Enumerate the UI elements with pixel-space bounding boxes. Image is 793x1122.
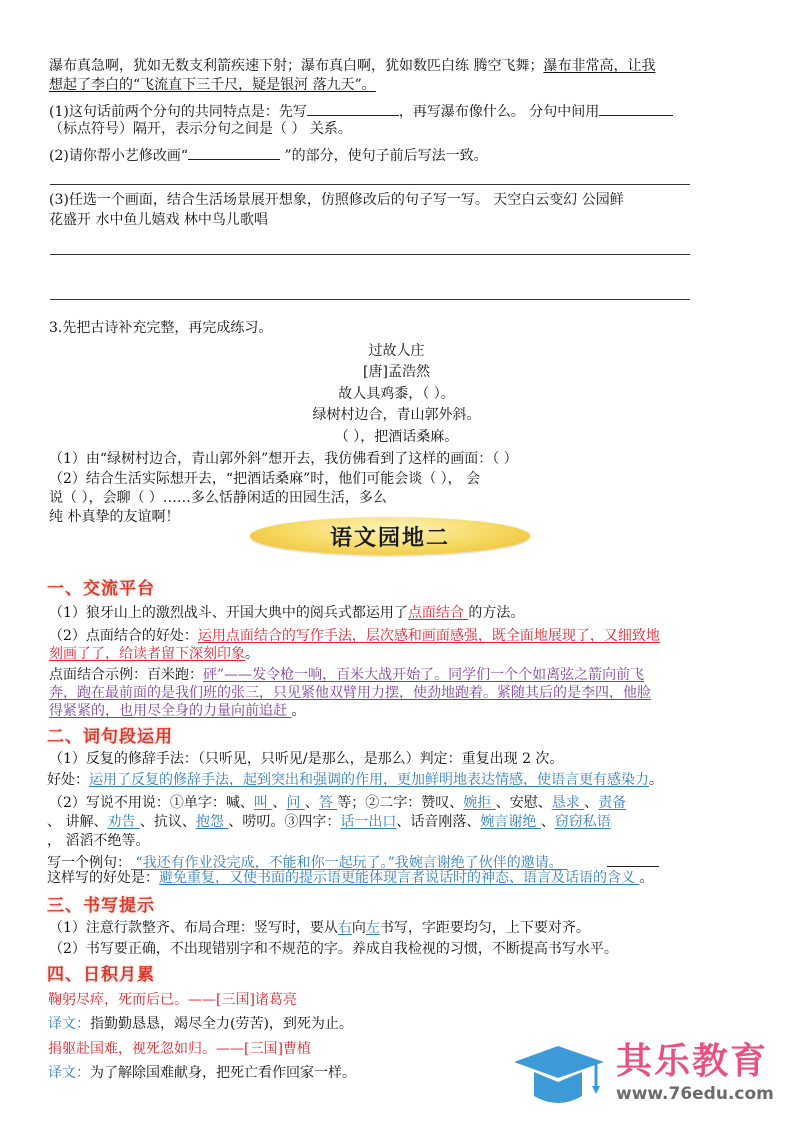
section-1-example-line-2: 奔，跑在最前面的是我们班的张三，只见紧他双臂用力摆，使劲地跑着。紧随其后的是李四… bbox=[49, 684, 651, 702]
translation-1: 译文：指勤勤恳恳，竭尽全力(劳苦)，到死为止。 bbox=[48, 1015, 353, 1033]
punctuation: 、 bbox=[305, 795, 319, 811]
answer-text: 恳求 bbox=[552, 795, 584, 811]
point-text: （1）狼牙山上的激烈战斗、开国大典中的阅兵式都运用了 bbox=[49, 605, 408, 621]
poem-line-2: 绿树村边合，青山郭外斜。 bbox=[0, 406, 793, 424]
poem-author: [唐]孟浩然 bbox=[0, 363, 793, 381]
point-text: （1）注意行款整齐、布局合理：竖写时，要从 bbox=[49, 920, 338, 936]
section-1-point-2-line-2: 刻画了了，给读者留下深刻印象。 bbox=[49, 645, 259, 663]
question-1-line-1: (1)这句话前两个分句的共同特点是：先写，再写瀑布像什么。 分句中间用 bbox=[49, 101, 673, 121]
section-1-point-1: （1）狼牙山上的激烈战斗、开国大典中的阅兵式都运用了点面结合 的方法。 bbox=[49, 604, 524, 622]
question-3-line-1: (3)任选一个画面，结合生活场景展开想象，仿照修改后的句子写一写。 天空白云变幻… bbox=[49, 191, 624, 209]
poem-question-2-line-3: 纯 朴真挚的友谊啊！ bbox=[49, 508, 179, 526]
point-text: 、安慰、 bbox=[496, 795, 552, 811]
question-1-line-2: （标点符号）隔开，表示分句之间是（ ） 关系。 bbox=[49, 120, 352, 138]
answer-text: 运用了反复的修辞手法，起到突出和强调的作用，更加鲜明地表达情感，使语言更有感染力 bbox=[89, 772, 649, 788]
watermark-logo: 其乐教育 www.76edu.com bbox=[512, 1042, 782, 1112]
punctuation: 。 bbox=[639, 870, 653, 886]
translation-text: 为了解除国难献身，把死亡看作回家一样。 bbox=[90, 1065, 356, 1081]
answer-line[interactable] bbox=[50, 299, 690, 300]
answer-text: 婉言谢绝 bbox=[480, 814, 540, 830]
punctuation: 。 bbox=[245, 646, 259, 662]
brand-name: 其乐教育 bbox=[616, 1042, 768, 1082]
point-text: 等；②二字：赞叹、 bbox=[337, 795, 463, 811]
section-2-point-1: （1）反复的修辞手法：（只听见，只听见/是那么，是那么）判定：重复出现 2 次。 bbox=[49, 750, 563, 768]
answer-text: 话一出口 bbox=[340, 814, 396, 830]
answer-text: 运用点面结合的写作手法，层次感和画面感强，既全面地展现了，又细致地 bbox=[198, 628, 660, 644]
section-3-point-1: （1）注意行款整齐、布局合理：竖写时，要从右向左书写，字距要均匀，上下要对齐。 bbox=[49, 919, 590, 937]
answer-blank[interactable] bbox=[607, 852, 659, 867]
section-2-why: 这样写的好处是：避免重复，又使书面的提示语更能体现言者说话时的神态、语言及话语的… bbox=[47, 869, 653, 887]
answer-text: 叫 bbox=[254, 795, 272, 811]
answer-text: 窃窃私语 bbox=[555, 814, 611, 830]
translation-text: 指勤勤恳恳，竭尽全力(劳苦)，到死为止。 bbox=[90, 1016, 353, 1032]
quote-1: 鞠躬尽瘁，死而后已。——[三国]诸葛亮 bbox=[48, 991, 297, 1009]
poem-question-1: （1）由“绿树村边合，青山郭外斜”想开去，我仿佛看到了这样的画面：（ ） bbox=[49, 450, 518, 468]
poem-line-1: 故人具鸡黍，（ ）。 bbox=[0, 385, 793, 403]
answer-text: 答 bbox=[319, 795, 337, 811]
section-2-benefit: 好处：运用了反复的修辞手法，起到突出和强调的作用，更加鲜明地表达情感，使语言更有… bbox=[47, 771, 663, 789]
section-1-example-line-3: 得紧紧的，也用尽全身的力量向前追赶 。 bbox=[49, 702, 305, 720]
poem-line-3: （ ），把酒话桑麻。 bbox=[0, 428, 793, 446]
banner-title: 语文园地二 bbox=[330, 521, 450, 552]
section-2-point-2-line-2: 、 讲解、劝告 、抗议、抱怨 、唠叨。③四字：话一出口、话音刚落、婉言谢绝 、窃… bbox=[47, 813, 611, 831]
answer-text: 右 bbox=[338, 920, 352, 936]
question-2: (2)请你帮小艺修改画“ ”的部分，使句子前后写法一致。 bbox=[49, 145, 488, 165]
question-text: (1)这句话前两个分句的共同特点是：先写 bbox=[49, 104, 307, 120]
poem-heading: 3.先把古诗补充完整，再完成练习。 bbox=[49, 319, 272, 337]
section-1-title: 一、交流平台 bbox=[47, 574, 155, 599]
answer-line[interactable] bbox=[50, 184, 690, 185]
section-1-point-2-line-1: （2）点面结合的好处：运用点面结合的写作手法，层次感和画面感强，既全面地展现了，… bbox=[49, 627, 660, 645]
section-2-point-2-line-3: ， 滔滔不绝等。 bbox=[47, 832, 149, 850]
translation-label: 译文： bbox=[48, 1016, 90, 1032]
answer-text: 劝告 bbox=[107, 814, 139, 830]
answer-text: 责备 bbox=[598, 795, 626, 811]
section-4-title: 四、日积月累 bbox=[47, 960, 155, 985]
quote-2: 捐躯赴国难，视死忽如归。——[三国]曹植 bbox=[48, 1040, 311, 1058]
question-text: ，再写瀑布像什么。 分句中间用 bbox=[399, 104, 599, 120]
point-text: 的方法。 bbox=[468, 605, 524, 621]
point-text: 书写，字距要均匀，上下要对齐。 bbox=[380, 920, 590, 936]
section-2-title: 二、词句段运用 bbox=[47, 722, 173, 747]
why-label: 这样写的好处是： bbox=[47, 870, 159, 886]
poem-question-2-line-1: （2）结合生活实际想开去，“把酒话桑麻”时，他们可能会谈（ ）， 会 bbox=[49, 470, 480, 488]
punctuation: 。 bbox=[291, 703, 305, 719]
section-2-point-2-line-1: （2）写说不用说：①单字：喊、叫 、问 、答 等；②二字：赞叹、婉拒 、安慰、恳… bbox=[49, 794, 626, 812]
benefit-label: 好处： bbox=[47, 772, 89, 788]
answer-text: 避免重复，又使书面的提示语更能体现言者说话时的神态、语言及话语的含义 bbox=[159, 870, 639, 886]
question-text: ”的部分，使句子前后写法一致。 bbox=[280, 148, 488, 164]
answer-text: 点面结合 bbox=[408, 605, 468, 621]
point-text: 、唠叨。③四字： bbox=[228, 814, 340, 830]
question-text: (2)请你帮小艺修改画“ bbox=[49, 148, 188, 164]
underlined-passage: 瀑布非常高，让我 bbox=[543, 58, 655, 74]
unit-banner: 语文园地二 bbox=[250, 517, 530, 555]
point-text: 、话音刚落、 bbox=[396, 814, 480, 830]
passage-text: 瀑布真急啊，犹如无数支利箭疾速下射；瀑布真白啊，犹如数匹白练 腾空飞舞； bbox=[49, 58, 543, 74]
punctuation: 。 bbox=[649, 772, 663, 788]
example-text: 得紧紧的，也用尽全身的力量向前追赶 bbox=[49, 703, 291, 719]
answer-text: 刻画了了，给读者留下深刻印象 bbox=[49, 646, 245, 662]
translation-label: 译文： bbox=[48, 1065, 90, 1081]
answer-text: 问 bbox=[286, 795, 304, 811]
point-text: 、 讲解、 bbox=[47, 814, 107, 830]
punctuation: 、 bbox=[541, 814, 555, 830]
section-1-example-line-1: 点面结合示例：百米跑：砰”——发令枪一响，百米大战开始了。同学们一个个如离弦之箭… bbox=[49, 666, 644, 684]
section-3-title: 三、书写提示 bbox=[47, 891, 155, 916]
point-text: 、抗议、 bbox=[140, 814, 196, 830]
point-text: 向 bbox=[352, 920, 366, 936]
answer-text: 抱怨 bbox=[196, 814, 228, 830]
brand-url: www.76edu.com bbox=[616, 1084, 774, 1104]
answer-blank[interactable] bbox=[599, 101, 673, 116]
example-label: 点面结合示例：百米跑： bbox=[49, 667, 203, 683]
example-text: 砰”——发令枪一响，百米大战开始了。同学们一个个如离弦之箭向前飞 bbox=[203, 667, 644, 683]
punctuation: 、 bbox=[584, 795, 598, 811]
passage-line-1: 瀑布真急啊，犹如无数支利箭疾速下射；瀑布真白啊，犹如数匹白练 腾空飞舞；瀑布非常… bbox=[49, 57, 655, 75]
answer-text: 婉拒 bbox=[463, 795, 495, 811]
point-label: （2）点面结合的好处： bbox=[49, 628, 198, 644]
answer-blank[interactable] bbox=[307, 101, 399, 116]
poem-question-2-line-2: 说（ ），会聊（ ）……多么恬静闲适的田园生活，多么 bbox=[49, 489, 387, 507]
answer-text: 左 bbox=[366, 920, 380, 936]
graduation-cap-icon bbox=[512, 1046, 608, 1108]
answer-blank[interactable] bbox=[188, 145, 280, 160]
answer-line[interactable] bbox=[50, 254, 690, 255]
section-3-point-2: （2）书写要正确，不出现错别字和不规范的字。养成自我检视的习惯，不断提高书写水平… bbox=[49, 940, 618, 958]
translation-2: 译文：为了解除国难献身，把死亡看作回家一样。 bbox=[48, 1064, 356, 1082]
punctuation: 、 bbox=[272, 795, 286, 811]
passage-line-2: 想起了李白的“飞流直下三千尺，疑是银河 落九天”。 bbox=[49, 76, 376, 94]
point-text: （2）写说不用说：①单字：喊、 bbox=[49, 795, 254, 811]
poem-title: 过故人庄 bbox=[0, 342, 793, 360]
question-3-line-2: 花盛开 水中鱼儿嬉戏 林中鸟儿歌唱 bbox=[49, 211, 268, 229]
